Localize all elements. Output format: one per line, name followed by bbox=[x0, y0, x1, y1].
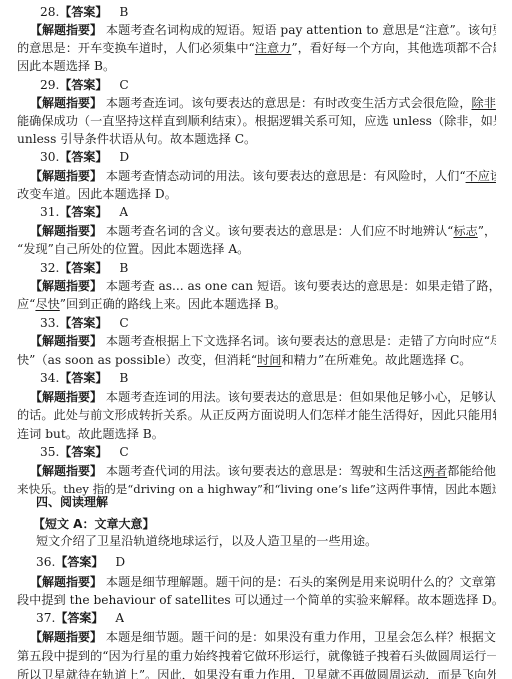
hint-text: 本题是细节题。题干问的是：如果没有重力作用，卫星会怎么样？根据文章 bbox=[102, 630, 496, 644]
underlined-key-phrase: 时间 bbox=[257, 353, 281, 367]
answer-line-37: 37.【答案】A bbox=[36, 609, 124, 627]
body-text: “发现”自己所处的位置。因此本题选择 A。 bbox=[17, 242, 249, 256]
body-line: 所以卫星就待在轨道上”。因此，如果没有重力作用，卫星就不再做圆周运动，而是飞向外… bbox=[17, 666, 496, 679]
question-number: 31. bbox=[40, 205, 59, 219]
hint-text: 本题考查 as... as one can 短语。该句要表达的意思是：如果走错了… bbox=[102, 279, 496, 293]
hint-tag: 【解题指要】 bbox=[30, 224, 102, 238]
passage-tag: 【短文 A：文章大意】 bbox=[33, 515, 154, 533]
hint-tag: 【解题指要】 bbox=[30, 390, 102, 404]
body-text: 第五段中提到的“因为行星的重力始终拽着它做环形运行，就像链子拽着石头做圆周运行一… bbox=[17, 649, 496, 663]
answer-tag: 【答案】 bbox=[59, 5, 107, 19]
hint-line: 【解题指要】 本题是细节题。题干问的是：如果没有重力作用，卫星会怎么样？根据文章 bbox=[30, 628, 496, 646]
answer-value: C bbox=[119, 78, 128, 92]
document-page: 28.【答案】B 【解题指要】 本题考查名词构成的短语。短语 pay atten… bbox=[0, 0, 512, 679]
body-text: 快”（as soon as possible）改变，但消耗“ bbox=[17, 353, 257, 367]
answer-value: B bbox=[119, 5, 128, 19]
body-text: ”，看好每一个方向，其他选项都不合题意。 bbox=[291, 41, 496, 55]
answer-line-30: 30.【答案】D bbox=[40, 148, 129, 166]
hint-line: 【解题指要】 本题考查根据上下文选择名词。该句要表达的意思是：走错了方向时应“尽 bbox=[30, 332, 496, 350]
question-number: 28. bbox=[40, 5, 59, 19]
answer-tag: 【答案】 bbox=[59, 316, 107, 330]
hint-line: 【解题指要】 本题考查连词的用法。该句要表达的意思是：但如果他足够小心，足够认真 bbox=[30, 388, 496, 406]
hint-tag: 【解题指要】 bbox=[30, 464, 102, 478]
answer-tag: 【答案】 bbox=[55, 611, 103, 625]
hint-tag: 【解题指要】 bbox=[30, 279, 102, 293]
body-text: ”回到正确的路线上来。因此本题选择 B。 bbox=[60, 297, 286, 311]
hint-line: 【解题指要】 本题考查 as... as one can 短语。该句要表达的意思… bbox=[30, 277, 496, 295]
underlined-key-phrase: 尽快 bbox=[35, 297, 59, 311]
body-text: unless 引导条件状语从句。故本题选择 C。 bbox=[17, 132, 256, 146]
body-text: 改变车道。因此本题选择 D。 bbox=[17, 187, 177, 201]
body-line: 第五段中提到的“因为行星的重力始终拽着它做环形运行，就像链子拽着石头做圆周运行一… bbox=[17, 647, 496, 665]
body-line: 的话。此处与前文形成转折关系。从正反两方面说明人们怎样才能生活得好，因此只能用转… bbox=[17, 406, 496, 424]
answer-line-36: 36.【答案】D bbox=[36, 553, 125, 571]
hint-text: 本题考查连词的用法。该句要表达的意思是：但如果他足够小心，足够认真 bbox=[102, 390, 496, 404]
body-text: 和精力”在所难免。故此题选择 C。 bbox=[281, 353, 471, 367]
hint-text: 本题考查连词。该句要表达的意思是：有时改变生活方式会很危险， bbox=[102, 96, 472, 110]
hint-tag: 【解题指要】 bbox=[30, 96, 102, 110]
hint-line: 【解题指要】 本题考查连词。该句要表达的意思是：有时改变生活方式会很危险，除非他 bbox=[30, 94, 496, 112]
question-number: 35. bbox=[40, 445, 59, 459]
answer-line-34: 34.【答案】B bbox=[40, 369, 128, 387]
body-line: 应“尽快”回到正确的路线上来。因此本题选择 B。 bbox=[17, 295, 496, 313]
hint-text: 本题是细节理解题。题干问的是：石头的案例是用来说明什么的？文章第三 bbox=[102, 575, 496, 589]
hint-text: 本题考查名词的含义。该句要表达的意思是：人们应不时地辨认“ bbox=[102, 224, 453, 238]
answer-tag: 【答案】 bbox=[59, 205, 107, 219]
answer-value: A bbox=[119, 205, 128, 219]
body-line: unless 引导条件状语从句。故本题选择 C。 bbox=[17, 130, 496, 148]
hint-text: 本题考查情态动词的用法。该句要表达的意思是：有风险时，人们“ bbox=[102, 169, 466, 183]
body-text: 的话。此处与前文形成转折关系。从正反两方面说明人们怎样才能生活得好，因此只能用转… bbox=[17, 408, 496, 422]
answer-line-28: 28.【答案】B bbox=[40, 3, 128, 21]
hint-line: 【解题指要】 本题是细节理解题。题干问的是：石头的案例是用来说明什么的？文章第三 bbox=[30, 573, 496, 591]
body-text: 能确保成功（一直坚持这样直到顺利结束）。根据逻辑关系可知，应选 unless（除… bbox=[17, 114, 496, 128]
hint-text: 本题考查代词的用法。该句要表达的意思是：驾驶和生活这 bbox=[102, 464, 423, 478]
question-number: 30. bbox=[40, 150, 59, 164]
answer-value: B bbox=[119, 371, 128, 385]
body-text: 所以卫星就待在轨道上”。因此，如果没有重力作用，卫星就不再做圆周运动，而是飞向外… bbox=[17, 668, 496, 679]
question-number: 32. bbox=[40, 261, 59, 275]
hint-line: 【解题指要】 本题考查代词的用法。该句要表达的意思是：驾驶和生活这两者都能给他带 bbox=[30, 462, 496, 480]
question-number: 36. bbox=[36, 555, 55, 569]
section-heading: 四、阅读理解 bbox=[36, 493, 108, 511]
hint-text: 本题考查根据上下文选择名词。该句要表达的意思是：走错了方向时应“尽 bbox=[102, 334, 496, 348]
question-number: 29. bbox=[40, 78, 59, 92]
answer-line-33: 33.【答案】C bbox=[40, 314, 129, 332]
hint-text: 本题考查名词构成的短语。短语 pay attention to 意思是“注意”。… bbox=[102, 23, 496, 37]
answer-tag: 【答案】 bbox=[55, 555, 103, 569]
body-text: 连词 but。故此题选择 B。 bbox=[17, 427, 164, 441]
hint-tag: 【解题指要】 bbox=[30, 630, 102, 644]
answer-line-32: 32.【答案】B bbox=[40, 259, 128, 277]
hint-line: 【解题指要】 本题考查名词的含义。该句要表达的意思是：人们应不时地辨认“标志”，… bbox=[30, 222, 496, 240]
answer-tag: 【答案】 bbox=[59, 78, 107, 92]
underlined-key-phrase: 不应该 bbox=[466, 169, 496, 183]
question-number: 37. bbox=[36, 611, 55, 625]
answer-value: D bbox=[119, 150, 129, 164]
answer-line-29: 29.【答案】C bbox=[40, 76, 129, 94]
body-text: 的意思是：开车变换车道时，人们必须集中“ bbox=[17, 41, 255, 55]
body-text: 因此本题选择 B。 bbox=[17, 59, 115, 73]
body-line: 段中提到 the behaviour of satellites 可以通过一个简… bbox=[17, 591, 496, 609]
body-line: 的意思是：开车变换车道时，人们必须集中“注意力”，看好每一个方向，其他选项都不合… bbox=[17, 39, 496, 57]
hint-tag: 【解题指要】 bbox=[30, 169, 102, 183]
underlined-key-phrase: 标志 bbox=[453, 224, 477, 238]
passage-summary: 短文介绍了卫星沿轨道绕地球运行，以及人造卫星的一些用途。 bbox=[36, 532, 377, 550]
question-number: 34. bbox=[40, 371, 59, 385]
hint-text: ”，来 bbox=[478, 224, 496, 238]
answer-value: C bbox=[119, 445, 128, 459]
body-line: 因此本题选择 B。 bbox=[17, 57, 496, 75]
hint-tag: 【解题指要】 bbox=[30, 575, 102, 589]
body-line: “发现”自己所处的位置。因此本题选择 A。 bbox=[17, 240, 496, 258]
answer-line-35: 35.【答案】C bbox=[40, 443, 129, 461]
question-number: 33. bbox=[40, 316, 59, 330]
body-line: 改变车道。因此本题选择 D。 bbox=[17, 185, 496, 203]
hint-line: 【解题指要】 本题考查情态动词的用法。该句要表达的意思是：有风险时，人们“不应该… bbox=[30, 167, 496, 185]
hint-line: 【解题指要】 本题考查名词构成的短语。短语 pay attention to 意… bbox=[30, 21, 496, 39]
underlined-key-phrase: 除非 bbox=[472, 96, 496, 110]
answer-value: A bbox=[115, 611, 124, 625]
hint-text: 都能给他带 bbox=[447, 464, 496, 478]
answer-value: C bbox=[119, 316, 128, 330]
hint-tag: 【解题指要】 bbox=[30, 23, 102, 37]
hint-tag: 【解题指要】 bbox=[30, 334, 102, 348]
body-line: 连词 but。故此题选择 B。 bbox=[17, 425, 496, 443]
answer-tag: 【答案】 bbox=[59, 371, 107, 385]
answer-value: B bbox=[119, 261, 128, 275]
underlined-key-phrase: 注意力 bbox=[255, 41, 292, 55]
body-line: 能确保成功（一直坚持这样直到顺利结束）。根据逻辑关系可知，应选 unless（除… bbox=[17, 112, 496, 130]
underlined-key-phrase: 两者 bbox=[423, 464, 447, 478]
body-line: 快”（as soon as possible）改变，但消耗“时间和精力”在所难免… bbox=[17, 351, 496, 369]
answer-tag: 【答案】 bbox=[59, 261, 107, 275]
body-text: 段中提到 the behaviour of satellites 可以通过一个简… bbox=[17, 593, 496, 607]
answer-line-31: 31.【答案】A bbox=[40, 203, 128, 221]
body-text: 应“ bbox=[17, 297, 35, 311]
answer-tag: 【答案】 bbox=[59, 150, 107, 164]
answer-tag: 【答案】 bbox=[59, 445, 107, 459]
answer-value: D bbox=[115, 555, 125, 569]
